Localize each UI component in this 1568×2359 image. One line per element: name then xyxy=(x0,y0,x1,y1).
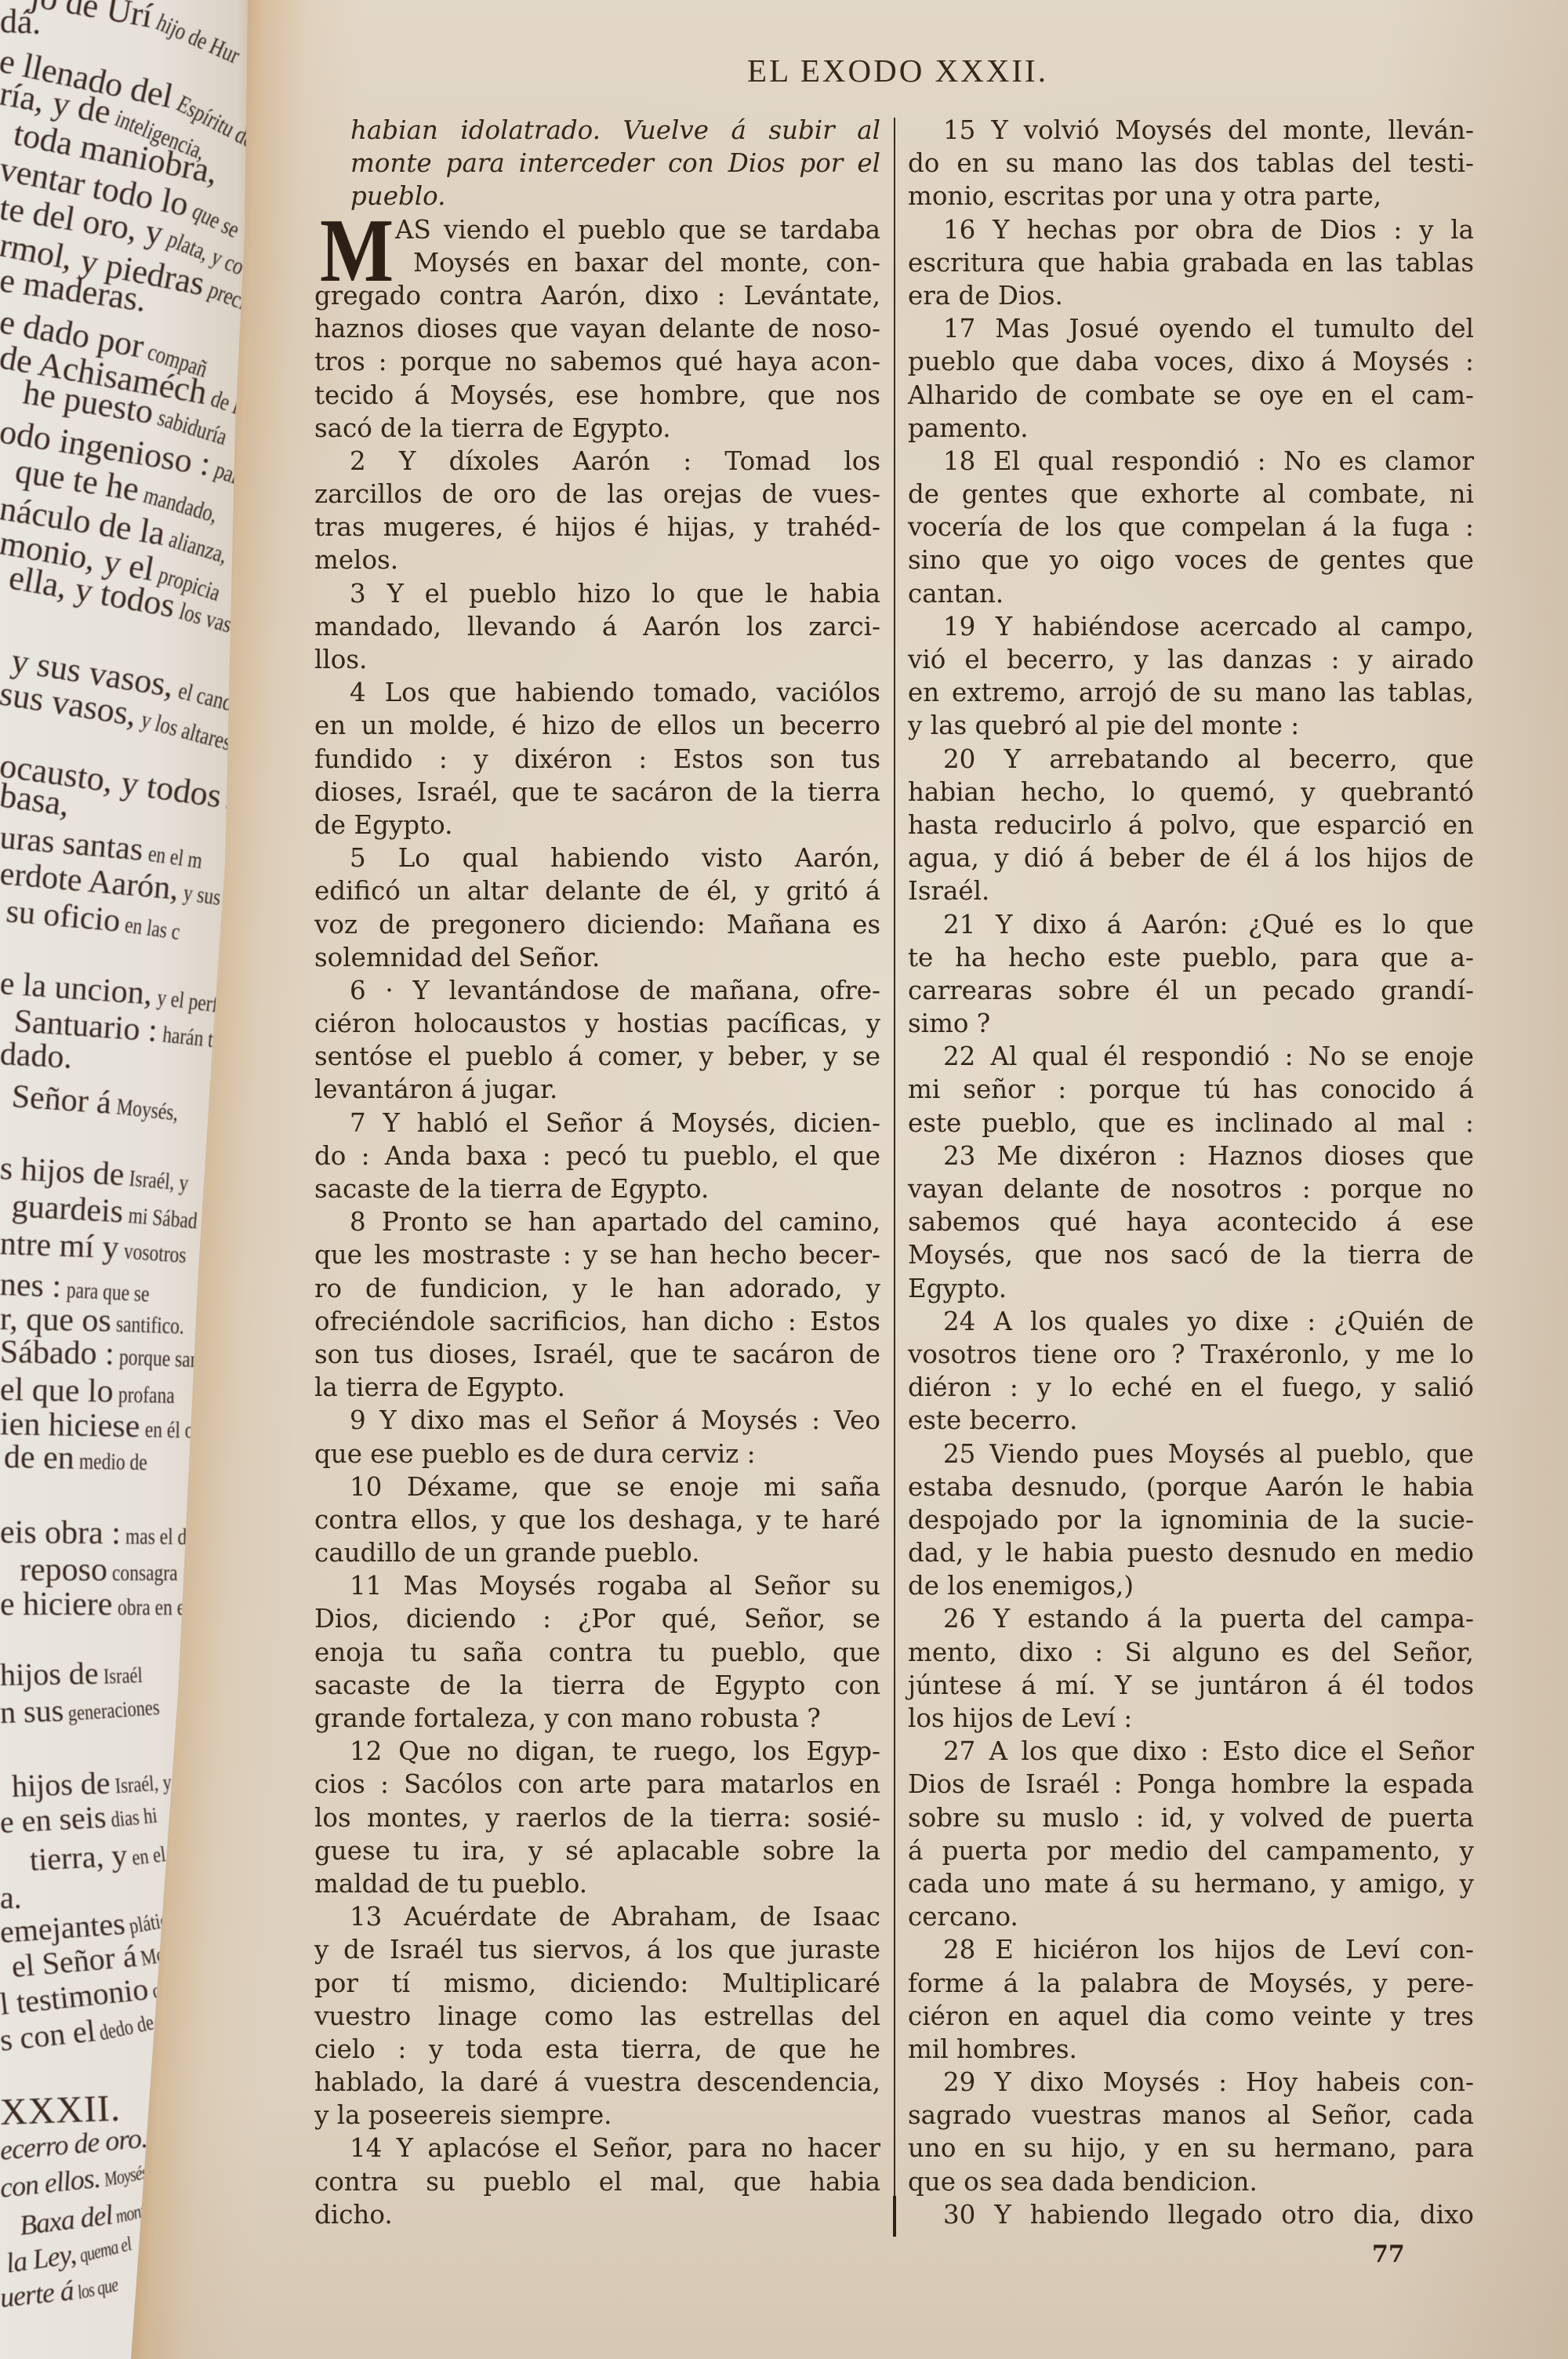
text-line: agua, y dió á beber de él á los hijos de xyxy=(908,841,1474,874)
page-number: 77 xyxy=(1372,2238,1405,2271)
left-column: habian idolatrado. Vuelve á subir al mon… xyxy=(314,114,880,2231)
drop-cap: M xyxy=(320,205,394,296)
text-line: monio, escritas por una y otra parte, xyxy=(908,180,1474,213)
verse-number: 15 xyxy=(943,115,975,145)
line-text: Y dixo á Aarón: ¿Qué es lo que xyxy=(996,910,1474,940)
line-fragment: reposo xyxy=(20,1552,107,1588)
verse-number: 3 xyxy=(350,579,366,609)
text-line: tras mugeres, é hijos é hijas, y trahéd- xyxy=(314,511,880,543)
text-line: ciéron en aquel dia como veinte y tres xyxy=(908,2000,1474,2033)
verse-first-line: 26 Y estando á la puerta del campa- xyxy=(908,1602,1474,1635)
text-line: edificó un altar delante de él, y gritó … xyxy=(314,874,880,907)
verse-first-line: 23 Me dixéron : Haznos dioses que xyxy=(908,1140,1474,1172)
text-line: do en su mano las dos tablas del testi- xyxy=(908,147,1474,180)
text-line: sentóse el pueblo á comer, y beber, y se xyxy=(314,1040,880,1073)
text-line: estaba desnudo, (porque Aarón le habia xyxy=(908,1470,1474,1503)
verse-number: 29 xyxy=(943,2067,975,2097)
text-line: gregado contra Aarón, dixo : Levántate, xyxy=(314,279,880,312)
line-fragment-compressed: en las c xyxy=(122,906,183,952)
verse-first-line: 4 Los que habiendo tomado, vaciólos xyxy=(314,676,880,709)
line-text: A los que dixo : Esto dice el Señor xyxy=(989,1736,1474,1766)
text-line: contra su pueblo el mal, que habia xyxy=(314,2165,880,2198)
text-line: de Egypto. xyxy=(314,809,880,841)
text-line: Dios, diciendo : ¿Por qué, Señor, se xyxy=(314,1602,880,1635)
text-line: mandado, llevando á Aarón los zarci- xyxy=(314,610,880,643)
text-line: que os sea dada bendicion. xyxy=(908,2165,1474,2198)
text-line: pueblo que daba voces, dixo á Moysés : xyxy=(908,345,1474,378)
text-line: que les mostraste : y se han hecho becer… xyxy=(314,1238,880,1271)
text-line: contra ellos, y que los deshaga, y te ha… xyxy=(314,1503,880,1536)
verse-first-line: 2 Y díxoles Aarón : Tomad los xyxy=(314,445,880,478)
text-line: mil hombres. xyxy=(908,2033,1474,2066)
text-line: dicho. xyxy=(314,2198,880,2231)
line-fragment: hijos de xyxy=(0,1656,99,1692)
verse-number: 18 xyxy=(943,446,975,476)
verse-first-line: 17 Mas Josué oyendo el tumulto del xyxy=(908,312,1474,345)
line-fragment-compressed: harán t xyxy=(161,1015,215,1059)
line-fragment: dá. xyxy=(0,2,42,42)
text-line: diéron : y lo eché en el fuego, y salió xyxy=(908,1371,1474,1404)
text-line: los montes, y raerlos de la tierra: sosi… xyxy=(314,1801,880,1834)
text-line: dad, y le habia puesto desnudo en medio xyxy=(908,1536,1474,1569)
verse-number: 14 xyxy=(350,2133,382,2163)
line-text: Y habló el Señor á Moysés, dicien- xyxy=(383,1108,880,1138)
line-fragment-compressed: obra en el xyxy=(118,1588,191,1627)
text-line: Egypto. xyxy=(908,1272,1474,1305)
line-fragment: s con el xyxy=(0,2012,97,2058)
text-line: fundido : y dixéron : Estos son tus xyxy=(314,743,880,776)
line-fragment: tierra, y xyxy=(29,1837,129,1877)
text-line: mi señor : porque tú has conocido á xyxy=(908,1073,1474,1106)
text-line: levantáron á jugar. xyxy=(314,1073,880,1106)
text-line: y la poseereis siempre. xyxy=(314,2099,880,2132)
verse-first-line: 9 Y dixo mas el Señor á Moysés : Veo xyxy=(314,1404,880,1437)
text-line: te ha hecho este pueblo, para que a- xyxy=(908,941,1474,974)
line-text: Y volvió Moysés del monte, lleván- xyxy=(991,115,1474,145)
text-line: hablado, la daré á vuestra descendencia, xyxy=(314,2066,880,2099)
text-line: ofreciéndole sacrificios, han dicho : Es… xyxy=(314,1305,880,1338)
verse-number: 11 xyxy=(350,1571,382,1601)
text-line: enoja tu saña contra tu pueblo, que xyxy=(314,1636,880,1669)
line-fragment-compressed: vosotros xyxy=(122,1232,187,1275)
verse-number: 24 xyxy=(943,1307,975,1336)
left-page-line: reposoconsagra xyxy=(20,1550,194,1590)
text-line: cercano. xyxy=(908,1900,1474,1933)
line-text: Y hechas por obra de Dios : y la xyxy=(993,215,1474,245)
verse-number: 4 xyxy=(350,678,366,707)
verse-number: 12 xyxy=(350,1736,382,1766)
summary-line: habian idolatrado. Vuelve á subir al xyxy=(350,114,880,147)
text-line: tecido á Moysés, ese hombre, que nos xyxy=(314,379,880,412)
text-line: Dios de Israél : Ponga hombre la espada xyxy=(908,1768,1474,1801)
text-line: llos. xyxy=(314,643,880,676)
text-line: solemnidad del Señor. xyxy=(314,941,880,974)
line-text: Acuérdate de Abraham, de Isaac xyxy=(404,1902,880,1932)
left-page-line: dá. xyxy=(0,2,47,42)
text-line: por tí mismo, diciendo: Multiplicaré xyxy=(314,1967,880,2000)
text-line: cios : Sacólos con arte para matarlos en xyxy=(314,1768,880,1801)
left-page-line: dado. xyxy=(0,1034,78,1078)
verse-number: 9 xyxy=(350,1405,366,1435)
verse-first-line: 29 Y dixo Moysés : Hoy habeis con- xyxy=(908,2066,1474,2099)
left-page-line: eis obra :mas el d xyxy=(0,1513,203,1554)
text-line: este becerro. xyxy=(908,1404,1474,1437)
verse-first-line: 19 Y habiéndose acercado al campo, xyxy=(908,610,1474,643)
line-fragment: n sus xyxy=(0,1692,64,1730)
left-page-line: tierra, yen el xyxy=(29,1833,176,1880)
verse-first-line: 8 Pronto se han apartado del camino, xyxy=(314,1205,880,1238)
line-fragment: a. xyxy=(0,1880,22,1915)
text-line: de gentes que exhorte al combate, ni xyxy=(908,478,1474,511)
verse-number: 17 xyxy=(943,314,975,343)
chapter-summary: habian idolatrado. Vuelve á subir al mon… xyxy=(350,114,880,213)
line-text: A los quales yo dixe : ¿Quién de xyxy=(993,1307,1474,1336)
verse-number: 21 xyxy=(943,910,975,940)
line-fragment-compressed: hijo de Hur xyxy=(151,3,247,75)
text-line: carrearas sobre él un pecado grandí- xyxy=(908,974,1474,1007)
verse-number: 28 xyxy=(943,1935,975,1965)
verse-first-line: 3 Y el pueblo hizo lo que le habia xyxy=(314,577,880,610)
line-text: Y estando á la puerta del campa- xyxy=(993,1604,1474,1634)
line-fragment-compressed: Moysés, xyxy=(114,1087,180,1132)
line-text: Déxame, que se enoje mi saña xyxy=(407,1472,880,1502)
line-text: · Y levantándose de mañana, ofre- xyxy=(385,976,880,1005)
text-line: forme á la palabra de Moysés, y pere- xyxy=(908,1967,1474,2000)
text-line: este pueblo, que es inclinado al mal : xyxy=(908,1107,1474,1140)
text-line: era de Dios. xyxy=(908,279,1474,312)
verse-number: 5 xyxy=(350,843,366,873)
text-line: vuestro linage como las estrellas del xyxy=(314,2000,880,2033)
text-line: en extremo, arrojó de su mano las tablas… xyxy=(908,676,1474,709)
text-line: ro de fundicion, y le han adorado, y xyxy=(314,1272,880,1305)
text-line: caudillo de un grande pueblo. xyxy=(314,1536,880,1569)
text-line: vosotros tiene oro ? Traxéronlo, y me lo xyxy=(908,1338,1474,1371)
line-text: Mas Josué oyendo el tumulto del xyxy=(995,314,1474,343)
verse-number: 7 xyxy=(350,1108,366,1138)
text-line: cantan. xyxy=(908,577,1474,610)
line-text: Los que habiendo tomado, vaciólos xyxy=(385,678,880,707)
text-line: son tus dioses, Israél, que te sacáron d… xyxy=(314,1338,880,1371)
verse-number: 27 xyxy=(943,1736,975,1766)
text-line: la tierra de Egypto. xyxy=(314,1371,880,1404)
summary-line: monte para interceder con Dios por el xyxy=(350,147,880,180)
line-fragment: e en seis xyxy=(0,1799,107,1840)
line-text: E hiciéron los hijos de Leví con- xyxy=(995,1935,1474,1965)
summary-line: pueblo. xyxy=(350,180,880,213)
column-divider xyxy=(894,118,895,2237)
verse-first-line: 12 Que no digan, te ruego, los Egyp- xyxy=(314,1735,880,1768)
text-line: ciéron holocaustos y hostias pacíficas, … xyxy=(314,1007,880,1040)
text-line: vocería de los que compelan á la fuga : xyxy=(908,511,1474,543)
text-line: que ese pueblo es de dura cerviz : xyxy=(314,1438,880,1470)
line-fragment-compressed: generaciones xyxy=(67,1688,161,1734)
left-page-line: n susgeneraciones xyxy=(0,1687,183,1732)
text-line: sacaste de la tierra de Egypto. xyxy=(314,1172,880,1205)
verse-number: 25 xyxy=(943,1439,975,1469)
line-fragment-compressed: dedo de xyxy=(96,2004,158,2054)
text-line: voz de pregonero diciendo: Mañana es xyxy=(314,908,880,941)
verse-number: 10 xyxy=(350,1472,382,1502)
line-fragment: guardeis xyxy=(11,1188,125,1230)
verse-first-line: 5 Lo qual habiendo visto Aarón, xyxy=(314,841,880,874)
line-fragment: e hiciere xyxy=(0,1587,112,1623)
line-text: Pronto se han apartado del camino, xyxy=(382,1207,880,1237)
verse-first-line: 16 Y hechas por obra de Dios : y la xyxy=(908,213,1474,246)
text-line: grande fortaleza, y con mano robusta ? xyxy=(314,1702,880,1735)
line-fragment: dado. xyxy=(0,1036,73,1076)
text-line: dioses, Israél, que te sacáron de la tie… xyxy=(314,776,880,809)
text-line: Alharido de combate se oye en el cam- xyxy=(908,379,1474,412)
text-line: y las quebró al pie del monte : xyxy=(908,709,1474,742)
line-text: Mas Moysés rogaba al Señor su xyxy=(403,1571,880,1601)
verse-number: 16 xyxy=(943,215,975,245)
text-line: maldad de tu pueblo. xyxy=(314,1867,880,1900)
line-fragment-compressed: los que xyxy=(74,2266,122,2313)
line-fragment: Señor á xyxy=(10,1078,112,1121)
left-page-line: de enmedio de xyxy=(4,1438,165,1480)
text-line: escritura que habia grabada en las tabla… xyxy=(908,246,1474,279)
verse-number: 19 xyxy=(943,612,975,642)
verse-number: 13 xyxy=(350,1902,382,1932)
line-text: Y el pueblo hizo lo que le habia xyxy=(387,579,880,609)
text-line: sobre su muslo : id, y volved de puerta xyxy=(908,1801,1474,1834)
text-line: sino que yo oigo voces de gentes que xyxy=(908,543,1474,576)
verse-first-line: 24 A los quales yo dixe : ¿Quién de xyxy=(908,1305,1474,1338)
verse-first-line: 10 Déxame, que se enoje mi saña xyxy=(314,1470,880,1503)
running-head: EL EXODO XXXII. xyxy=(706,55,1090,87)
verse-number: 23 xyxy=(943,1141,975,1171)
verse-number: 20 xyxy=(943,744,975,774)
text-line: sacaste de la tierra de Egypto con xyxy=(314,1669,880,1702)
left-page-line: ntre mí yvosotros xyxy=(0,1224,202,1270)
line-text: Me dixéron : Haznos dioses que xyxy=(996,1141,1474,1171)
line-text: Y habiéndose acercado al campo, xyxy=(996,612,1474,642)
verse-first-line: 13 Acuérdate de Abraham, de Isaac xyxy=(314,1900,880,1933)
text-line: simo ? xyxy=(908,1007,1474,1040)
text-line: cada uno mate á su hermano, y amigo, y xyxy=(908,1867,1474,1900)
text-line: sabemos qué haya acontecido á ese xyxy=(908,1205,1474,1238)
right-column: 15 Y volvió Moysés del monte, lleván- do… xyxy=(908,114,1474,2231)
text-line: guese tu ira, y sé aplacable sobre la xyxy=(314,1834,880,1867)
verse-first-line: 20 Y arrebatando al becerro, que xyxy=(908,743,1474,776)
verse-first-line: 21 Y dixo á Aarón: ¿Qué es lo que xyxy=(908,908,1474,941)
verse-number: 6 xyxy=(350,976,366,1005)
line-fragment: Sábado : xyxy=(0,1334,114,1372)
line-text: El qual respondió : No es clamor xyxy=(993,446,1474,476)
text-line: sacó de la tierra de Egypto. xyxy=(314,412,880,445)
left-page-line: Sábado :porque san xyxy=(0,1332,220,1376)
line-text: Lo qual habiendo visto Aarón, xyxy=(398,843,880,873)
line-fragment-compressed: y los altares xyxy=(136,700,236,762)
verse-first-line: 14 Y aplacóse el Señor, para no hacer xyxy=(314,2132,880,2165)
verse-number: 8 xyxy=(350,1207,366,1237)
text-line: habian hecho, lo quemó, y quebrantó xyxy=(908,776,1474,809)
text-line: sagrado vuestras manos al Señor, cada xyxy=(908,2099,1474,2132)
line-text: Que no digan, te ruego, los Egyp- xyxy=(398,1736,880,1766)
left-page-line: e hiciereobra en el xyxy=(0,1585,209,1624)
verse-first-line: 30 Y habiendo llegado otro dia, dixo xyxy=(908,2198,1474,2231)
text-line: cielo : y toda esta tierra, de que he xyxy=(314,2033,880,2066)
verse-first-line: 18 El qual respondió : No es clamor xyxy=(908,445,1474,478)
verse-number: 30 xyxy=(943,2200,975,2230)
line-fragment: ntre mí y xyxy=(0,1226,119,1266)
text-line: hasta reducirlo á polvo, que esparció en xyxy=(908,809,1474,841)
text-line: despojado por la ignominia de la sucie- xyxy=(908,1503,1474,1536)
verse-number: 22 xyxy=(943,1041,975,1071)
text-line: uno en su hijo, y en su hermano, para xyxy=(908,2132,1474,2165)
line-fragment: el que lo xyxy=(0,1372,114,1410)
left-page-line: Señor áMoysés, xyxy=(10,1077,194,1129)
text-line: Moysés en baxar del monte, con- xyxy=(314,246,880,279)
line-text: Y díxoles Aarón : Tomad los xyxy=(399,446,880,476)
text-line: Israél. xyxy=(908,874,1474,907)
line-text: Y dixo Moysés : Hoy habeis con- xyxy=(994,2067,1474,2097)
text-line: pamento. xyxy=(908,412,1474,445)
text-line: de los enemigos,) xyxy=(908,1569,1474,1602)
verse-first-line: 27 A los que dixo : Esto dice el Señor xyxy=(908,1735,1474,1768)
line-text: Y habiendo llegado otro dia, dixo xyxy=(994,2200,1474,2230)
left-page-line: jo de Uríhijo de Hur xyxy=(28,0,259,56)
verse-first-line: 7 Y habló el Señor á Moysés, dicien- xyxy=(314,1107,880,1140)
text-line: vió el becerro, y las danzas : y airado xyxy=(908,643,1474,676)
verse-first-line: 11 Mas Moysés rogaba al Señor su xyxy=(314,1569,880,1602)
line-text: Y dixo mas el Señor á Moysés : Veo xyxy=(379,1405,880,1435)
text-line: zarcillos de oro de las orejas de vues- xyxy=(314,478,880,511)
text-line: melos. xyxy=(314,543,880,576)
text-line: júntese á mí. Y se juntáron á él todos xyxy=(908,1669,1474,1702)
verse-first-line: 15 Y volvió Moysés del monte, lleván- xyxy=(908,114,1474,147)
line-text: Y aplacóse el Señor, para no hacer xyxy=(397,2133,880,2163)
verse-first-line: 22 Al qual él respondió : No se enoje xyxy=(908,1040,1474,1073)
line-fragment-compressed: en el xyxy=(129,1835,168,1878)
verse-number: 26 xyxy=(943,1604,975,1634)
text-line: AS viendo el pueblo que se tardaba xyxy=(314,213,880,246)
line-text: Y arrebatando al becerro, que xyxy=(1004,744,1474,774)
verse-first-line: 25 Viendo pues Moysés al pueblo, que xyxy=(908,1438,1474,1470)
verse-first-line: 6 · Y levantándose de mañana, ofre- xyxy=(314,974,880,1007)
text-line: Moysés, que nos sacó de la tierra de xyxy=(908,1238,1474,1271)
column-divider-foot xyxy=(893,2196,896,2237)
line-fragment: uerte á xyxy=(0,2274,75,2314)
text-line: tros : porque no sabemos qué haya acon- xyxy=(314,345,880,378)
line-text: Viendo pues Moysés al pueblo, que xyxy=(989,1439,1474,1469)
text-line: en un molde, é hizo de ellos un becerro xyxy=(314,709,880,742)
line-fragment-compressed: medio de xyxy=(79,1442,148,1483)
line-text: Al qual él respondió : No se enoje xyxy=(991,1041,1474,1071)
text-line: haznos dioses que vayan delante de noso- xyxy=(314,312,880,345)
line-fragment: de en xyxy=(4,1439,75,1477)
text-line: á puerta por medio del campamento, y xyxy=(908,1834,1474,1867)
text-line: vayan delante de nosotros : porque no xyxy=(908,1172,1474,1205)
verse-number: 2 xyxy=(350,446,366,476)
text-line: los hijos de Leví : xyxy=(908,1702,1474,1735)
verse-first-line: 28 E hiciéron los hijos de Leví con- xyxy=(908,1933,1474,1966)
line-fragment: jo de Urí xyxy=(28,0,156,35)
text-line: mento, dixo : Si alguno es del Señor, xyxy=(908,1636,1474,1669)
text-line: y de Israél tus siervos, á los que juras… xyxy=(314,1933,880,1966)
line-fragment: eis obra : xyxy=(0,1514,121,1551)
text-line: do : Anda baxa : pecó tu pueblo, el que xyxy=(314,1140,880,1172)
line-fragment: su oficio xyxy=(5,893,122,940)
